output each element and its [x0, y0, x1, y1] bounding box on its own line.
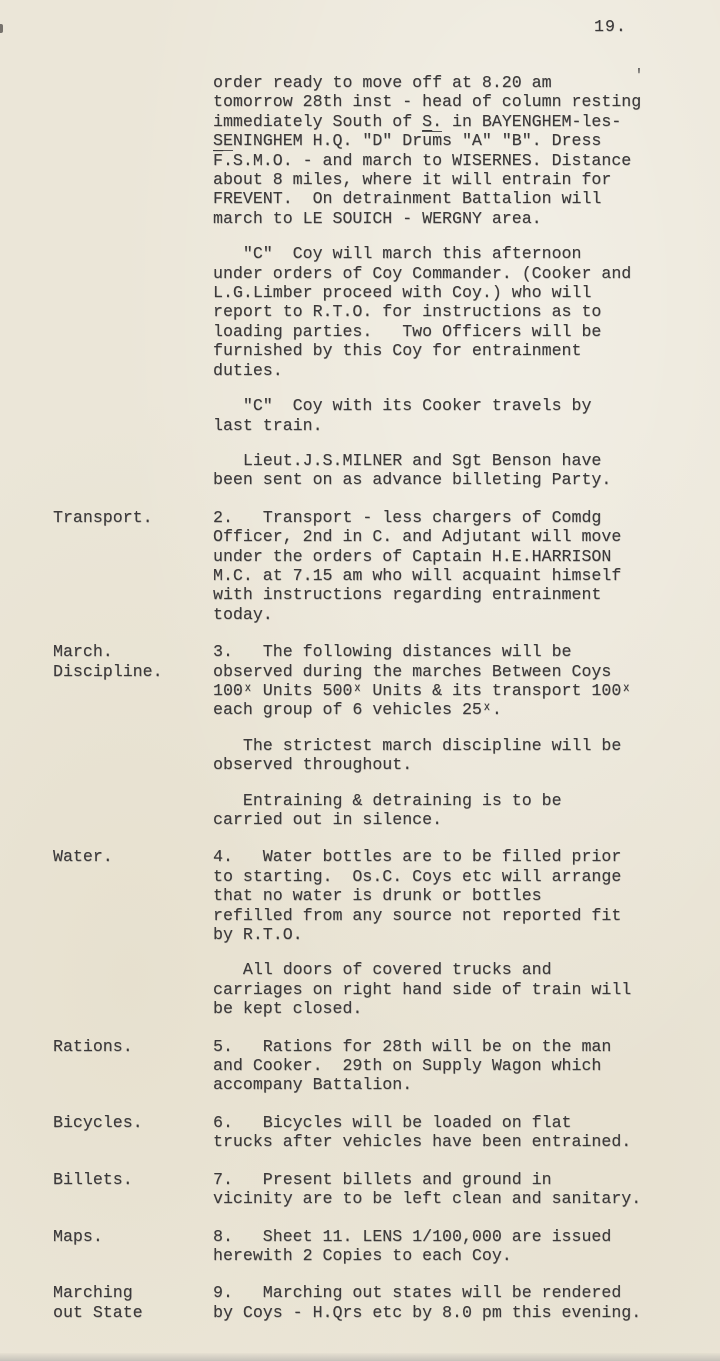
paragraph: "C" Coy with its Cooker travels bylast t… — [213, 396, 720, 435]
document-line: furnished by this Coy for entrainment — [213, 341, 720, 360]
scan-edge-band — [0, 1353, 720, 1361]
margin-label-line: Bicycles. — [53, 1113, 213, 1132]
document-body: order ready to move off at 8.20 amtomorr… — [0, 0, 720, 1322]
overlined-text: F — [213, 151, 223, 170]
paragraph: 7. Present billets and ground invicinity… — [213, 1170, 720, 1209]
text-segment: ms "A" "B". Dress — [432, 131, 601, 150]
document-line: vicinity are to be left clean and sanita… — [213, 1189, 720, 1208]
document-line: order ready to move off at 8.20 am — [213, 73, 720, 92]
document-line: that no water is drunk or bottles — [213, 886, 720, 905]
document-line: carriages on right hand side of train wi… — [213, 980, 720, 999]
margin-label-line: Rations. — [53, 1037, 213, 1056]
document-line: Lieut.J.S.MILNER and Sgt Benson have — [213, 451, 720, 470]
document-line: 4. Water bottles are to be filled prior — [213, 847, 720, 866]
document-line: march to LE SOUICH - WERGNY area. — [213, 209, 720, 228]
document-line: with instructions regarding entrainment — [213, 585, 720, 604]
document-line: Entraining & detraining is to be — [213, 791, 720, 810]
paragraph: 9. Marching out states will be renderedb… — [213, 1283, 720, 1322]
margin-label-line: out State — [53, 1303, 213, 1322]
document-line: 6. Bicycles will be loaded on flat — [213, 1113, 720, 1132]
document-line: tomorrow 28th inst - head of column rest… — [213, 92, 720, 111]
document-line: 9. Marching out states will be rendered — [213, 1283, 720, 1302]
margin-label: Bicycles. — [53, 1113, 213, 1152]
margin-label: Rations. — [53, 1037, 213, 1095]
document-line: report to R.T.O. for instructions as to — [213, 302, 720, 321]
document-line: carried out in silence. — [213, 810, 720, 829]
section-body: 3. The following distances will beobserv… — [213, 642, 720, 829]
document-line: All doors of covered trucks and — [213, 960, 720, 979]
document-line: trucks after vehicles have been entraine… — [213, 1132, 720, 1151]
document-line: be kept closed. — [213, 999, 720, 1018]
margin-label-line: Water. — [53, 847, 213, 866]
document-line: F.S.M.O. - and march to WISERNES. Distan… — [213, 151, 720, 170]
document-line: 2. Transport - less chargers of Comdg — [213, 508, 720, 527]
text-segment: immediately South of — [213, 112, 422, 131]
margin-label: Water. — [53, 847, 213, 1018]
margin-label-line: Transport. — [53, 508, 213, 527]
document-line: FREVENT. On detrainment Battalion will — [213, 189, 720, 208]
margin-label-line: Billets. — [53, 1170, 213, 1189]
paragraph: Entraining & detraining is to becarried … — [213, 791, 720, 830]
section-body: 8. Sheet 11. LENS 1/100,000 are issuedhe… — [213, 1227, 720, 1266]
document-line: to starting. Os.C. Coys etc will arrange — [213, 867, 720, 886]
paragraph: 8. Sheet 11. LENS 1/100,000 are issuedhe… — [213, 1227, 720, 1266]
section-body: 2. Transport - less chargers of ComdgOff… — [213, 508, 720, 624]
document-line: M.C. at 7.15 am who will acquaint himsel… — [213, 566, 720, 585]
maps-section: Maps.8. Sheet 11. LENS 1/100,000 are iss… — [53, 1227, 720, 1266]
section-body: order ready to move off at 8.20 amtomorr… — [213, 73, 720, 490]
margin-label: Billets. — [53, 1170, 213, 1209]
paragraph: 4. Water bottles are to be filled priort… — [213, 847, 720, 944]
document-line: refilled from any source not reported fi… — [213, 906, 720, 925]
document-line: immediately South of S. in BAYENGHEM-les… — [213, 112, 720, 131]
document-line: SENINGHEM H.Q. "D" Drums "A" "B". Dress — [213, 131, 720, 150]
document-line: herewith 2 Copies to each Coy. — [213, 1246, 720, 1265]
section-body: 7. Present billets and ground invicinity… — [213, 1170, 720, 1209]
paragraph: 3. The following distances will beobserv… — [213, 642, 720, 720]
document-line: under orders of Coy Commander. (Cooker a… — [213, 264, 720, 283]
document-line: been sent on as advance billeting Party. — [213, 470, 720, 489]
document-line: 5. Rations for 28th will be on the man — [213, 1037, 720, 1056]
marching-out-state-section: Marchingout State9. Marching out states … — [53, 1283, 720, 1322]
margin-label-line: March. — [53, 642, 213, 661]
paragraph: The strictest march discipline will beob… — [213, 736, 720, 775]
text-segment: NINGHEM H.Q. "D" Dr — [233, 131, 422, 150]
margin-label — [53, 73, 213, 490]
continuation-section: order ready to move off at 8.20 amtomorr… — [53, 73, 720, 490]
margin-label-line: Marching — [53, 1283, 213, 1302]
margin-label-line: Maps. — [53, 1227, 213, 1246]
paragraph: 5. Rations for 28th will be on the manan… — [213, 1037, 720, 1095]
march-discipline-section: March.Discipline.3. The following distan… — [53, 642, 720, 829]
billets-section: Billets.7. Present billets and ground in… — [53, 1170, 720, 1209]
paragraph: "C" Coy will march this afternoonunder o… — [213, 244, 720, 380]
section-body: 6. Bicycles will be loaded on flattrucks… — [213, 1113, 720, 1152]
document-line: observed during the marches Between Coys — [213, 662, 720, 681]
document-line: observed throughout. — [213, 755, 720, 774]
document-line: 3. The following distances will be — [213, 642, 720, 661]
section-body: 5. Rations for 28th will be on the manan… — [213, 1037, 720, 1095]
margin-label-line: Discipline. — [53, 662, 213, 681]
margin-label: Transport. — [53, 508, 213, 624]
text-segment: in BAYENGHEM-les- — [442, 112, 621, 131]
underlined-text: SE — [213, 131, 233, 151]
document-line: "C" Coy with its Cooker travels by — [213, 396, 720, 415]
paragraph: All doors of covered trucks andcarriages… — [213, 960, 720, 1018]
section-body: 9. Marching out states will be renderedb… — [213, 1283, 720, 1322]
document-line: loading parties. Two Officers will be — [213, 322, 720, 341]
document-line: accompany Battalion. — [213, 1075, 720, 1094]
transport-section: Transport.2. Transport - less chargers o… — [53, 508, 720, 624]
document-line: last train. — [213, 416, 720, 435]
paragraph: 2. Transport - less chargers of ComdgOff… — [213, 508, 720, 624]
document-line: today. — [213, 605, 720, 624]
document-line: and Cooker. 29th on Supply Wagon which — [213, 1056, 720, 1075]
document-line: 7. Present billets and ground in — [213, 1170, 720, 1189]
overlined-text: u — [422, 131, 432, 150]
paragraph: Lieut.J.S.MILNER and Sgt Benson havebeen… — [213, 451, 720, 490]
document-page: 19. ' order ready to move off at 8.20 am… — [0, 0, 720, 1361]
document-line: by Coys - H.Qrs etc by 8.0 pm this eveni… — [213, 1303, 720, 1322]
section-body: 4. Water bottles are to be filled priort… — [213, 847, 720, 1018]
document-line: under the orders of Captain H.E.HARRISON — [213, 547, 720, 566]
margin-label: Marchingout State — [53, 1283, 213, 1322]
rations-section: Rations.5. Rations for 28th will be on t… — [53, 1037, 720, 1095]
document-line: Officer, 2nd in C. and Adjutant will mov… — [213, 527, 720, 546]
margin-label: Maps. — [53, 1227, 213, 1266]
document-line: 100ˣ Units 500ˣ Units & its transport 10… — [213, 681, 720, 700]
paragraph: 6. Bicycles will be loaded on flattrucks… — [213, 1113, 720, 1152]
text-segment: .S.M.O. - and march to WISERNES. Distanc… — [223, 151, 631, 170]
document-line: 8. Sheet 11. LENS 1/100,000 are issued — [213, 1227, 720, 1246]
document-line: "C" Coy will march this afternoon — [213, 244, 720, 263]
document-line: duties. — [213, 361, 720, 380]
document-line: about 8 miles, where it will entrain for — [213, 170, 720, 189]
document-line: each group of 6 vehicles 25ˣ. — [213, 700, 720, 719]
paragraph: order ready to move off at 8.20 amtomorr… — [213, 73, 720, 228]
document-line: L.G.Limber proceed with Coy.) who will — [213, 283, 720, 302]
underlined-text: S. — [422, 112, 442, 132]
water-section: Water.4. Water bottles are to be filled … — [53, 847, 720, 1018]
document-line: by R.T.O. — [213, 925, 720, 944]
margin-label: March.Discipline. — [53, 642, 213, 829]
document-line: The strictest march discipline will be — [213, 736, 720, 755]
bicycles-section: Bicycles.6. Bicycles will be loaded on f… — [53, 1113, 720, 1152]
